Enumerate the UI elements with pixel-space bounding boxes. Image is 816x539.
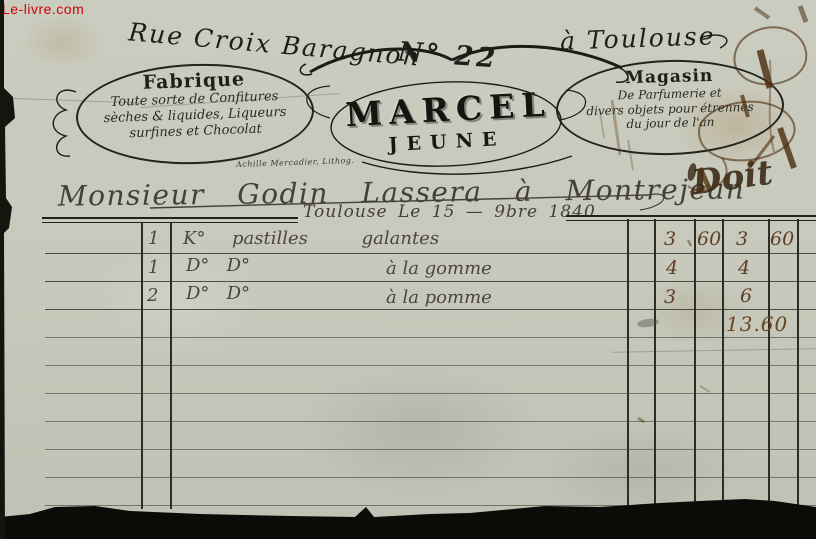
city-line: à Toulouse [560, 21, 716, 55]
unit-francs-1: 3 [664, 228, 676, 250]
smudge-stain [637, 318, 660, 329]
table-vline [627, 219, 629, 509]
qty-cell-3: 2 [147, 285, 158, 306]
fabrique-oval: Fabrique Toute sorte de Confitures sèche… [74, 60, 315, 168]
total-francs-2: 4 [738, 257, 750, 279]
brand-block: MARCEL JEUNE [344, 85, 547, 158]
table-top-rule [42, 217, 298, 219]
grand-total: 13.60 [726, 312, 788, 336]
qty-cell-1: 1 [148, 228, 159, 249]
table-hline [45, 421, 816, 422]
table-hline [45, 337, 816, 338]
doit-label: Doit [690, 153, 776, 204]
unit-francs-2: 4 [666, 257, 678, 279]
desc-prefix-1: K° [183, 228, 205, 249]
torn-edge-left [0, 0, 15, 539]
date-line: Toulouse Le 15 — 9bre 1840 [303, 202, 596, 222]
table-top-rule [566, 215, 816, 217]
table-hline [45, 365, 816, 366]
desc-cell-2: à la gomme [386, 258, 492, 279]
unit-francs-3: 3 [664, 286, 676, 308]
table-top-rule [566, 220, 816, 221]
desc-cell-1: pastilles galantes [232, 228, 439, 249]
magasin-oval: Magasin De Parfumerie et divers objets p… [555, 57, 785, 158]
table-hline [45, 505, 816, 506]
total-francs-3: 6 [740, 285, 752, 307]
unit-centimes-1: 60 [697, 228, 721, 250]
table-vline [722, 219, 724, 509]
qty-cell-2: 1 [148, 257, 159, 278]
street-line: Rue Croix Baragnon [127, 17, 422, 71]
table-hline [45, 253, 816, 254]
table-vline [694, 219, 696, 509]
table-hline [45, 449, 816, 450]
paper-crease [612, 348, 816, 353]
table-vline [797, 219, 799, 509]
total-centimes-1: 60 [770, 228, 794, 250]
table-hline [45, 393, 816, 394]
desc-prefix-3: D° D° [186, 283, 250, 304]
table-vline [768, 219, 770, 509]
desc-prefix-2: D° D° [186, 255, 250, 276]
lithographer-credit: Achille Mercadier, Lithog. [236, 156, 355, 169]
table-hline [45, 309, 816, 310]
total-francs-1: 3 [736, 228, 748, 250]
invoice-scan: Le-livre.com Rue Croix Baragnon N° 22 à … [0, 0, 816, 539]
table-hline [45, 281, 816, 282]
desc-cell-3: à la pomme [386, 287, 492, 308]
table-vline [654, 219, 656, 509]
watermark: Le-livre.com [2, 1, 84, 17]
table-hline [45, 477, 816, 478]
